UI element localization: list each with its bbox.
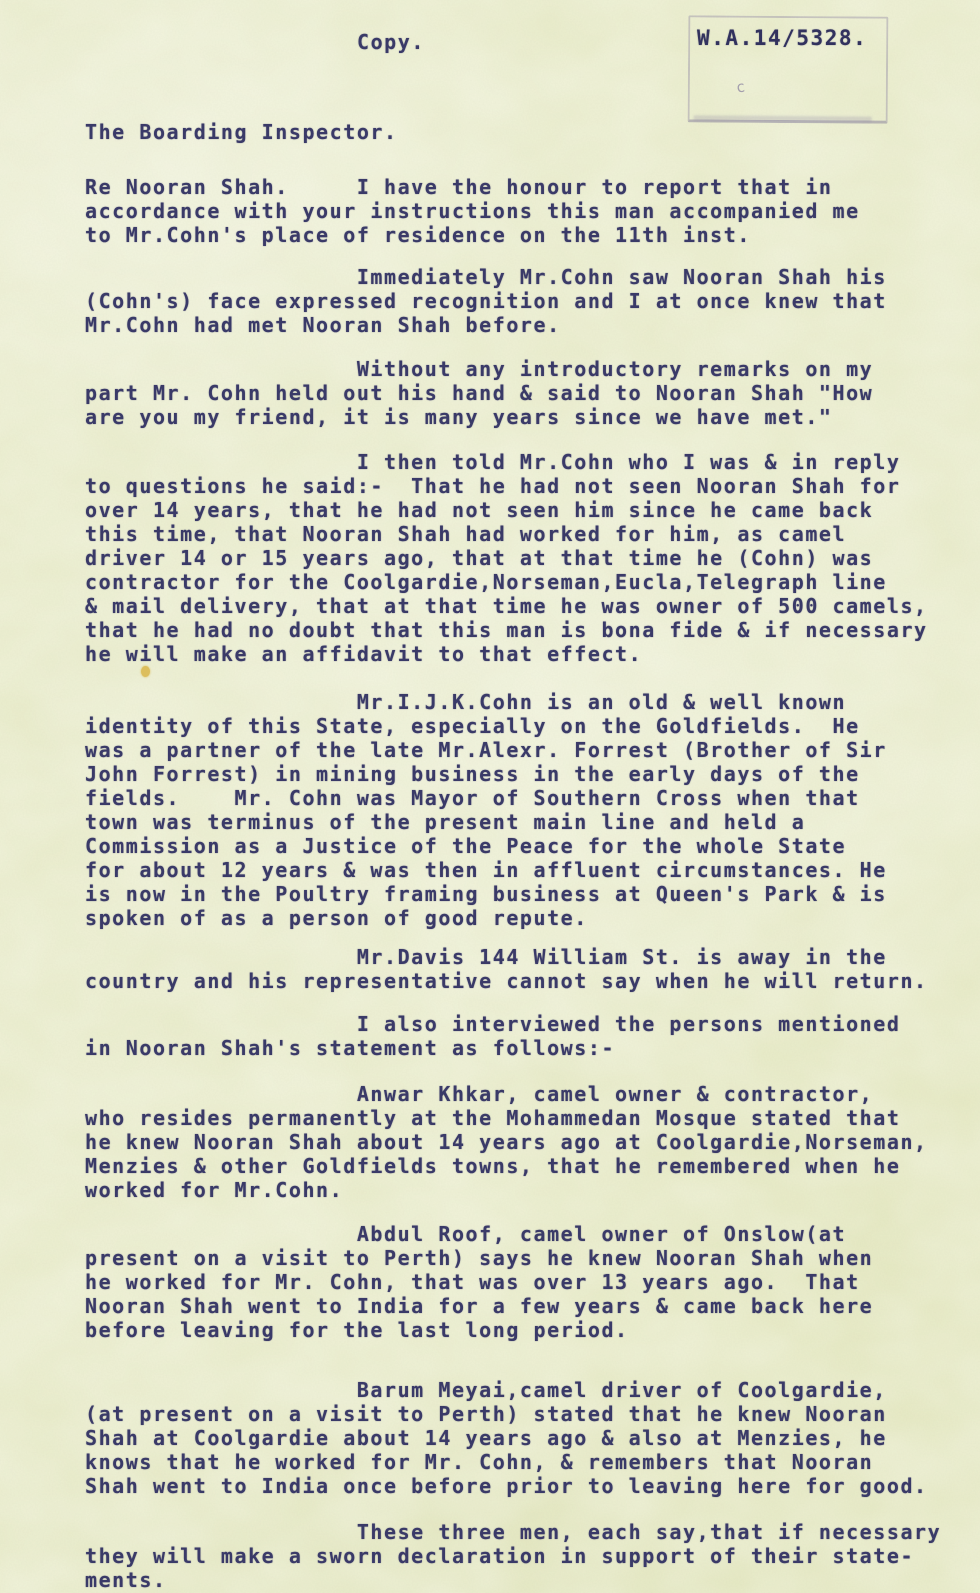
text-line: this time, that Nooran Shah had worked f… [85, 522, 955, 546]
text-line: Mr.Cohn had met Nooran Shah before. [85, 313, 955, 337]
text-line: Abdul Roof, camel owner of Onslow(at [85, 1222, 955, 1246]
text-line: Immediately Mr.Cohn saw Nooran Shah his [85, 265, 955, 289]
text-line: Shah at Coolgardie about 14 years ago & … [85, 1426, 955, 1450]
text-line: worked for Mr.Cohn. [85, 1178, 955, 1202]
text-line: town was terminus of the present main li… [85, 810, 955, 834]
paragraph: Without any introductory remarks on mypa… [85, 357, 955, 429]
text-line: before leaving for the last long period. [85, 1318, 955, 1342]
text-line: that he had no doubt that this man is bo… [85, 618, 955, 642]
copy-label: Copy. [357, 30, 425, 54]
text-line: to Mr.Cohn's place of residence on the 1… [85, 223, 955, 247]
text-line: identity of this State, especially on th… [85, 714, 955, 738]
text-line: part Mr. Cohn held out his hand & said t… [85, 381, 955, 405]
text-line: he worked for Mr. Cohn, that was over 13… [85, 1270, 955, 1294]
text-line: I also interviewed the persons mentioned [85, 1012, 955, 1036]
paragraph: Mr.I.J.K.Cohn is an old & well knowniden… [85, 690, 955, 930]
text-line: Barum Meyai,camel driver of Coolgardie, [85, 1378, 955, 1402]
text-line: I then told Mr.Cohn who I was & in reply [85, 450, 955, 474]
paragraph: Mr.Davis 144 William St. is away in thec… [85, 945, 955, 993]
text-line: he knew Nooran Shah about 14 years ago a… [85, 1130, 955, 1154]
text-line: who resides permanently at the Mohammeda… [85, 1106, 955, 1130]
paragraph: Barum Meyai,camel driver of Coolgardie,(… [85, 1378, 955, 1498]
text-line: ments. [85, 1568, 955, 1592]
text-line: contractor for the Coolgardie,Norseman,E… [85, 570, 955, 594]
text-line: present on a visit to Perth) says he kne… [85, 1246, 955, 1270]
text-line: John Forrest) in mining business in the … [85, 762, 955, 786]
document-body: Re Nooran Shah. I have the honour to rep… [85, 175, 955, 1592]
text-line: was a partner of the late Mr.Alexr. Forr… [85, 738, 955, 762]
text-line: fields. Mr. Cohn was Mayor of Southern C… [85, 786, 955, 810]
text-line: knows that he worked for Mr. Cohn, & rem… [85, 1450, 955, 1474]
paragraph: Anwar Khkar, camel owner & contractor,wh… [85, 1082, 955, 1202]
header-row: Copy. W.A.14/5328. [85, 30, 955, 54]
text-line: he will make an affidavit to that effect… [85, 642, 955, 666]
text-line: & mail delivery, that at that time he wa… [85, 594, 955, 618]
text-line: Mr.I.J.K.Cohn is an old & well known [85, 690, 955, 714]
text-line: Nooran Shah went to India for a few year… [85, 1294, 955, 1318]
text-line: Menzies & other Goldfields towns, that h… [85, 1154, 955, 1178]
text-line: Shah went to India once before prior to … [85, 1474, 955, 1498]
paragraph: I then told Mr.Cohn who I was & in reply… [85, 450, 955, 666]
text-line: accordance with your instructions this m… [85, 199, 955, 223]
text-line: (at present on a visit to Perth) stated … [85, 1402, 955, 1426]
text-line: over 14 years, that he had not seen him … [85, 498, 955, 522]
text-line: to questions he said:- That he had not s… [85, 474, 955, 498]
file-reference: W.A.14/5328. [697, 26, 867, 50]
paragraph: I also interviewed the persons mentioned… [85, 1012, 955, 1060]
text-line: country and his representative cannot sa… [85, 969, 955, 993]
paragraph: Re Nooran Shah. I have the honour to rep… [85, 175, 955, 247]
text-line: Re Nooran Shah. I have the honour to rep… [85, 175, 955, 199]
text-line: are you my friend, it is many years sinc… [85, 405, 955, 429]
text-line: Without any introductory remarks on my [85, 357, 955, 381]
text-line: These three men, each say,that if necess… [85, 1520, 955, 1544]
text-line: in Nooran Shah's statement as follows:- [85, 1036, 955, 1060]
document-content: Copy. W.A.14/5328. The Boarding Inspecto… [85, 30, 955, 1592]
text-line: (Cohn's) face expressed recognition and … [85, 289, 955, 313]
text-line: Anwar Khkar, camel owner & contractor, [85, 1082, 955, 1106]
paragraph: Abdul Roof, camel owner of Onslow(atpres… [85, 1222, 955, 1342]
paragraph: Immediately Mr.Cohn saw Nooran Shah his(… [85, 265, 955, 337]
text-line: Commission as a Justice of the Peace for… [85, 834, 955, 858]
text-line: is now in the Poultry framing business a… [85, 882, 955, 906]
salutation: The Boarding Inspector. [85, 120, 955, 144]
text-line: they will make a sworn declaration in su… [85, 1544, 955, 1568]
text-line: driver 14 or 15 years ago, that at that … [85, 546, 955, 570]
text-line: for about 12 years & was then in affluen… [85, 858, 955, 882]
document-page: c Copy. W.A.14/5328. The Boarding Inspec… [0, 0, 980, 1593]
paragraph: These three men, each say,that if necess… [85, 1520, 955, 1592]
text-line: spoken of as a person of good repute. [85, 906, 955, 930]
text-line: Mr.Davis 144 William St. is away in the [85, 945, 955, 969]
